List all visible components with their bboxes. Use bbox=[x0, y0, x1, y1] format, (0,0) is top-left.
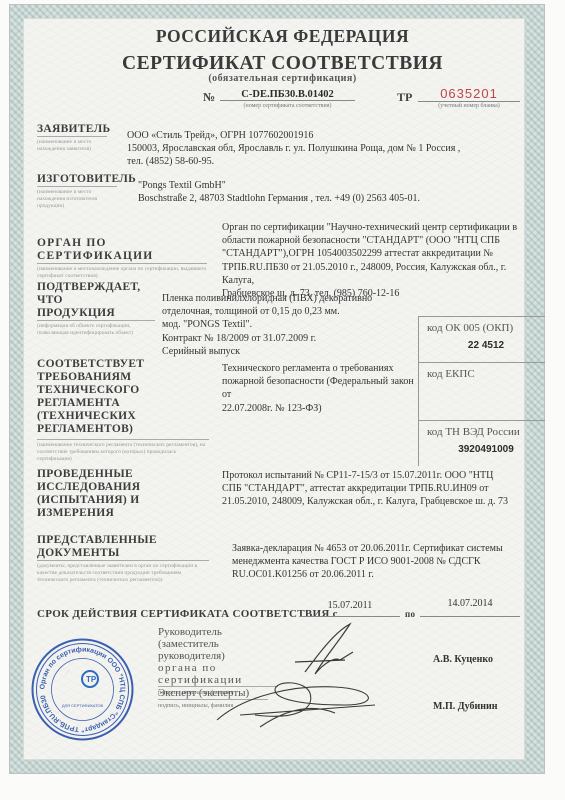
manufacturer-label-block: ИЗГОТОВИТЕЛЬ (наименование и место нахож… bbox=[37, 173, 117, 210]
compliance-line: 22.07.2008г. № 123-ФЗ) bbox=[222, 402, 422, 415]
cert-body-label: ОРГАН ПО СЕРТИФИКАЦИИ bbox=[37, 237, 207, 263]
certificate-number-caption: (номер сертификата соответствия) bbox=[220, 103, 355, 109]
head-title-line2: (заместитель руководителя) bbox=[158, 638, 278, 662]
documents-line: менеджмента качества ГОСТ Р ИСО 9001-200… bbox=[232, 555, 522, 568]
svg-text:Орган по сертификации ООО "НТЦ: Орган по сертификации ООО "НТЦ СПБ "Стан… bbox=[39, 646, 125, 732]
applicant-label: ЗАЯВИТЕЛЬ bbox=[37, 123, 107, 136]
compliance-line: пожарной безопасности (Федеральный закон… bbox=[222, 375, 422, 401]
applicant-label-block: ЗАЯВИТЕЛЬ (наименование и место нахожден… bbox=[37, 123, 107, 153]
cert-body-label-block: ОРГАН ПО СЕРТИФИКАЦИИ (наименование и ме… bbox=[37, 237, 207, 280]
cert-body-line: области пожарной безопасности "СТАНДАРТ"… bbox=[222, 234, 522, 247]
product-line: мод. "PONGS Textil". bbox=[162, 318, 412, 331]
product-label-line1: ПОДТВЕРЖДАЕТ, ЧТО bbox=[37, 281, 155, 307]
okp-code-box: код ОК 005 (ОКП) 22 4512 bbox=[418, 316, 545, 366]
blank-number-caption: (учетный номер бланка) bbox=[418, 103, 520, 109]
documents-line: Заявка-декларация № 4653 от 20.06.2011г.… bbox=[232, 542, 522, 555]
stamp-seal-icon: Орган по сертификации ООО "НТЦ СПБ "Стан… bbox=[30, 637, 135, 742]
expert-name: М.П. Дубинин bbox=[433, 701, 498, 712]
cert-body-line: ТРПБ.RU.ПБ30 от 21.05.2010 г., 248009, Р… bbox=[222, 261, 522, 287]
validity-label: СРОК ДЕЙСТВИЯ СЕРТИФИКАТА СООТВЕТСТВИЯ с bbox=[37, 608, 338, 621]
expert-signature-icon bbox=[215, 675, 390, 735]
product-label-line2: ПРОДУКЦИЯ bbox=[37, 307, 155, 320]
tests-label-line2: (ИСПЫТАНИЯ) И ИЗМЕРЕНИЯ bbox=[37, 494, 212, 520]
documents-caption: (документы, представленные заявителем в … bbox=[37, 560, 209, 584]
svg-text:ДЛЯ СЕРТИФИКАТОВ: ДЛЯ СЕРТИФИКАТОВ bbox=[62, 703, 104, 708]
product-line: Пленка поливинилхлоридная (ПВХ) декорати… bbox=[162, 292, 412, 305]
head-name: А.В. Куценко bbox=[433, 654, 493, 665]
tnved-code-box: код ТН ВЭД России 3920491009 bbox=[418, 420, 545, 466]
product-line: отделочная, толщиной от 0,15 до 0,23 мм. bbox=[162, 305, 412, 318]
ekps-code-box: код ЕКПС bbox=[418, 362, 545, 422]
tr-label: ТР bbox=[397, 90, 412, 105]
manufacturer-line: Boschstraße 2, 48703 Stadtlohn Германия … bbox=[138, 192, 538, 205]
manufacturer-label: ИЗГОТОВИТЕЛЬ bbox=[37, 173, 117, 186]
documents-value: Заявка-декларация № 4653 от 20.06.2011г.… bbox=[232, 542, 522, 582]
head-signature-icon bbox=[285, 622, 365, 682]
applicant-value: ООО «Стиль Трейд», ОГРН 1077602001916 15… bbox=[127, 129, 527, 169]
tests-value: Протокол испытаний № СР11-7-15/3 от 15.0… bbox=[222, 469, 522, 509]
cert-body-line: Орган по сертификации "Научно-технически… bbox=[222, 221, 522, 234]
svg-text:ТР: ТР bbox=[86, 675, 97, 684]
validity-from: 15.07.2011 bbox=[300, 599, 400, 617]
applicant-line: 150003, Ярославская обл, Ярославль г. ул… bbox=[127, 142, 527, 155]
head-title-line1: Руководитель bbox=[158, 626, 278, 638]
documents-label: ПРЕДСТАВЛЕННЫЕ ДОКУМЕНТЫ bbox=[37, 534, 209, 560]
compliance-value: Технического регламента о требованиях по… bbox=[222, 362, 422, 415]
product-line: Контракт № 18/2009 от 31.07.2009 г. bbox=[162, 332, 412, 345]
tests-line: 21.05.2010, 248009, Калужская обл., г. К… bbox=[222, 495, 522, 508]
country-heading: РОССИЙСКАЯ ФЕДЕРАЦИЯ bbox=[0, 26, 565, 47]
applicant-line: тел. (4852) 58-60-95. bbox=[127, 155, 527, 168]
manufacturer-line: "Pongs Textil GmbH" bbox=[138, 179, 538, 192]
number-label: № bbox=[203, 90, 215, 105]
validity-to: 14.07.2014 bbox=[420, 597, 520, 617]
tests-label-line1: ПРОВЕДЕННЫЕ ИССЛЕДОВАНИЯ bbox=[37, 468, 212, 494]
tests-label-block: ПРОВЕДЕННЫЕ ИССЛЕДОВАНИЯ (ИСПЫТАНИЯ) И И… bbox=[37, 468, 212, 520]
compliance-caption: (наименование технического регламента (т… bbox=[37, 439, 209, 463]
certificate-number: С-DE.ПБ30.В.01402 bbox=[220, 89, 355, 101]
compliance-label-line3: (ТЕХНИЧЕСКИХ РЕГЛАМЕНТОВ) bbox=[37, 410, 209, 436]
cert-body-caption: (наименование и местонахождение органа п… bbox=[37, 263, 207, 280]
certificate-title: СЕРТИФИКАТ СООТВЕТСТВИЯ bbox=[0, 53, 565, 75]
certificate-subtitle: (обязательная сертификация) bbox=[0, 73, 565, 84]
compliance-line: Технического регламента о требованиях bbox=[222, 362, 422, 375]
okp-code-value: 22 4512 bbox=[427, 340, 545, 351]
okp-code-label: код ОК 005 (ОКП) bbox=[427, 322, 545, 334]
tests-line: Протокол испытаний № СР11-7-15/3 от 15.0… bbox=[222, 469, 522, 482]
applicant-line: ООО «Стиль Трейд», ОГРН 1077602001916 bbox=[127, 129, 527, 142]
product-line: Серийный выпуск bbox=[162, 345, 412, 358]
manufacturer-caption: (наименование и место нахождения изготов… bbox=[37, 186, 117, 210]
tnved-code-value: 3920491009 bbox=[427, 444, 545, 455]
product-value: Пленка поливинилхлоридная (ПВХ) декорати… bbox=[162, 292, 412, 358]
tnved-code-label: код ТН ВЭД России bbox=[427, 426, 545, 438]
certification-stamp: Орган по сертификации ООО "НТЦ СПБ "Стан… bbox=[30, 637, 135, 742]
documents-label-block: ПРЕДСТАВЛЕННЫЕ ДОКУМЕНТЫ (документы, пре… bbox=[37, 534, 209, 584]
cert-body-line: "СТАНДАРТ"),ОГРН 1054003502299 аттестат … bbox=[222, 247, 522, 260]
validity-to-label: по bbox=[405, 608, 415, 621]
product-label-block: ПОДТВЕРЖДАЕТ, ЧТО ПРОДУКЦИЯ (информация … bbox=[37, 281, 155, 337]
ekps-code-label: код ЕКПС bbox=[427, 368, 545, 380]
tests-line: СПБ "СТАНДАРТ", аттестат аккредитации ТР… bbox=[222, 482, 522, 495]
product-caption: (информация об объекте сертификации, поз… bbox=[37, 320, 155, 337]
compliance-label-line1: СООТВЕТСТВУЕТ ТРЕБОВАНИЯМ bbox=[37, 358, 209, 384]
applicant-caption: (наименование и место нахождения заявите… bbox=[37, 136, 107, 153]
manufacturer-value: "Pongs Textil GmbH" Boschstraße 2, 48703… bbox=[138, 179, 538, 205]
compliance-label-line2: ТЕХНИЧЕСКОГО РЕГЛАМЕНТА bbox=[37, 384, 209, 410]
documents-line: RU.OC01.K01256 от 20.06.2011 г. bbox=[232, 568, 522, 581]
compliance-label-block: СООТВЕТСТВУЕТ ТРЕБОВАНИЯМ ТЕХНИЧЕСКОГО Р… bbox=[37, 358, 209, 463]
cert-body-value: Орган по сертификации "Научно-технически… bbox=[222, 221, 522, 300]
blank-number: 0635201 bbox=[418, 86, 520, 102]
